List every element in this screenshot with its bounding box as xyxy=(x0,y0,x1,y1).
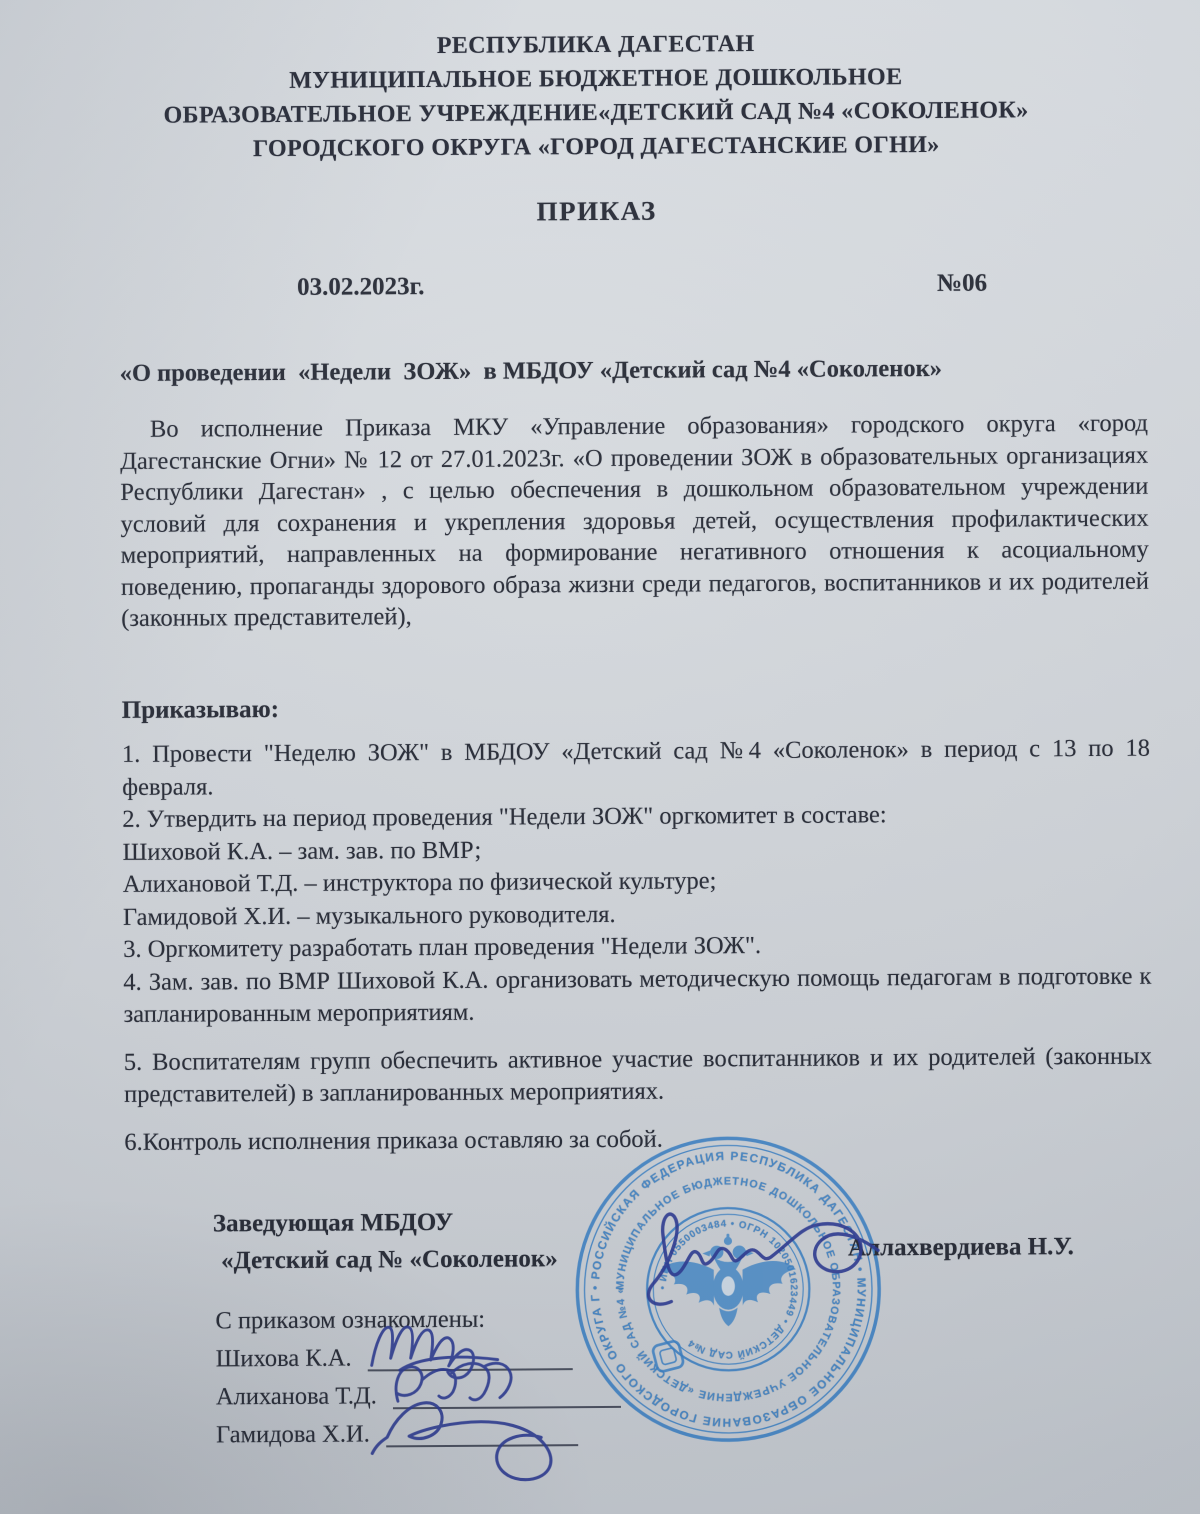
document-subject: «О проведении «Недели ЗОЖ» в МБДОУ «Детс… xyxy=(120,354,1150,388)
acknowledgement-label: С приказом ознакомлены: xyxy=(215,1300,620,1339)
ack-name: Алиханова Т.Д. xyxy=(216,1377,377,1415)
preamble-paragraph: Во исполнение Приказа МКУ «Управление об… xyxy=(120,408,1149,635)
acknowledgement-block: С приказом ознакомлены: Шихова К.А. Алих… xyxy=(215,1300,621,1453)
order-items-list: 1. Провести "Неделю ЗОЖ" в МБДОУ «Детски… xyxy=(122,733,1153,1159)
head-signature-name: Аллахвердиева Н.У. xyxy=(848,1233,1074,1262)
signature-line xyxy=(386,1444,578,1447)
document-content: РЕСПУБЛИКА ДАГЕСТАН МУНИЦИПАЛЬНОЕ БЮДЖЕТ… xyxy=(0,0,1200,1514)
document-page: РЕСПУБЛИКА ДАГЕСТАН МУНИЦИПАЛЬНОЕ БЮДЖЕТ… xyxy=(0,0,1200,1514)
acknowledgement-row: Гамидова Х.И. xyxy=(216,1413,621,1453)
order-item: 5. Воспитателям групп обеспечить активно… xyxy=(124,1040,1152,1111)
document-number: №06 xyxy=(937,270,987,298)
acknowledgement-row: Алиханова Т.Д. xyxy=(216,1375,621,1415)
signoff-position-line: Заведующая МБДОУ xyxy=(213,1203,558,1242)
order-heading: Приказываю: xyxy=(122,696,279,725)
signature-line xyxy=(368,1368,573,1371)
signature-line xyxy=(393,1406,621,1409)
signoff-position-line: «Детский сад № «Соколенок» xyxy=(213,1240,558,1279)
order-item: 1. Провести "Неделю ЗОЖ" в МБДОУ «Детски… xyxy=(122,733,1150,804)
document-title: ПРИКАЗ xyxy=(0,192,1197,230)
ack-name: Шихова К.А. xyxy=(216,1340,352,1378)
acknowledgement-row: Шихова К.А. xyxy=(216,1337,621,1377)
signoff-position: Заведующая МБДОУ «Детский сад № «Соколен… xyxy=(213,1203,558,1279)
document-meta-row: 03.02.2023г. №06 xyxy=(297,270,987,302)
order-item: 4. Зам. зав. по ВМР Шиховой К.А. организ… xyxy=(123,960,1151,1031)
document-date: 03.02.2023г. xyxy=(297,273,424,302)
ack-name: Гамидова Х.И. xyxy=(216,1415,370,1453)
organization-header: РЕСПУБЛИКА ДАГЕСТАН МУНИЦИПАЛЬНОЕ БЮДЖЕТ… xyxy=(0,24,1196,167)
